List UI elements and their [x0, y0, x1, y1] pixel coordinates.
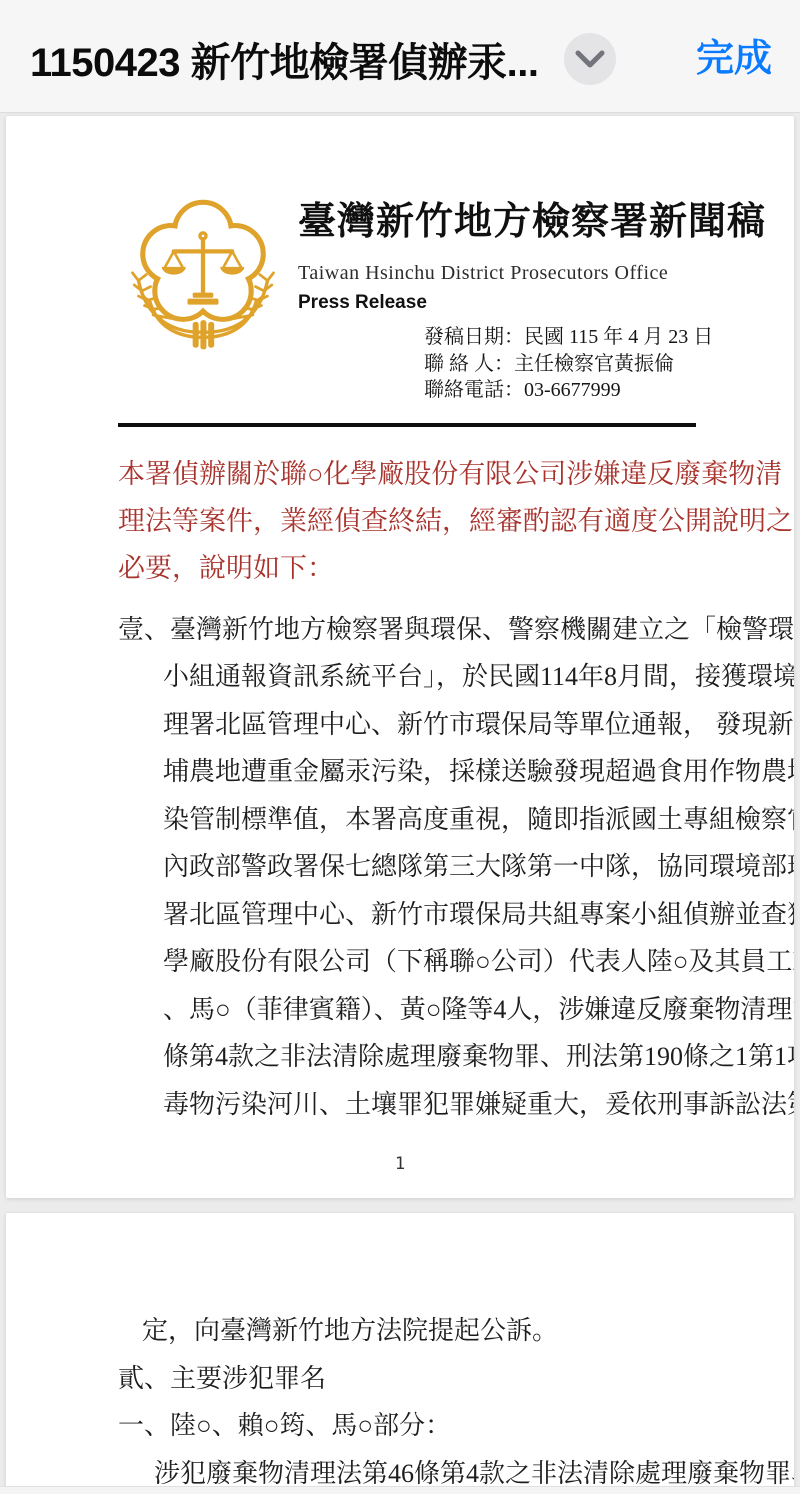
doc-line: 理署北區管理中心、新竹市環保局等單位通報， 發現新竹市九甲: [118, 701, 794, 749]
body-paragraph-2: 定，向臺灣新竹地方法院提起公訴。 貳、主要涉犯罪名 一、陸○、賴○筠、馬○部分：…: [118, 1213, 794, 1492]
prosecutors-office-emblem-icon: [116, 186, 290, 358]
meta-date: 發稿日期：民國 115 年 4 月 23 日: [424, 324, 766, 351]
summary-line: 理法等案件，業經偵查終結，經審酌認有適度公開說明之: [118, 498, 794, 545]
doc-line: 染管制標準值，本署高度重視，隨即指派國土專組檢察官，指揮: [118, 796, 794, 844]
doc-line: 埔農地遭重金屬汞污染，採樣送驗發現超過食用作物農地土壤汙: [118, 748, 794, 796]
summary-line: 必要，說明如下：: [118, 545, 794, 592]
bottom-toolbar-edge: [0, 1486, 800, 1494]
collapse-title-button[interactable]: [564, 33, 616, 85]
body-paragraph-1: 壹、臺灣新竹地方檢察署與環保、警察機關建立之「檢警環聯合查緝 小組通報資訊系統平…: [118, 606, 794, 1129]
doc-line: 一、陸○、賴○筠、馬○部分：: [118, 1402, 794, 1450]
meta-phone: 聯絡電話：03-6677999: [424, 377, 766, 404]
doc-line: 內政部警政署保七總隊第三大隊第一中隊，協同環境部環境管理: [118, 843, 794, 891]
doc-line: 貳、主要涉犯罪名: [118, 1355, 794, 1403]
preview-titlebar: 1150423 新竹地檢署偵辦汞... 完成: [0, 0, 800, 113]
press-release-header: 臺灣新竹地方檢察署新聞稿 Taiwan Hsinchu District Pro…: [116, 186, 794, 404]
doc-line: 定，向臺灣新竹地方法院提起公訴。: [118, 1307, 794, 1355]
document-page-1: 臺灣新竹地方檢察署新聞稿 Taiwan Hsinchu District Pro…: [6, 116, 794, 1198]
doc-line: 學廠股份有限公司（下稱聯○公司）代表人陸○及其員工賴○筠: [118, 938, 794, 986]
press-release-label: Press Release: [298, 292, 766, 314]
summary-paragraph: 本署偵辦關於聯○化學廠股份有限公司涉嫌違反廢棄物清 理法等案件，業經偵查終結，經…: [118, 451, 794, 592]
doc-line: 署北區管理中心、新竹市環保局共組專案小組偵辦並查獲聯○化: [118, 891, 794, 939]
meta-contact: 聯 絡 人：主任檢察官黃振倫: [424, 351, 766, 378]
document-scroll-area[interactable]: 臺灣新竹地方檢察署新聞稿 Taiwan Hsinchu District Pro…: [0, 113, 800, 1492]
page-number: 1: [6, 1154, 794, 1174]
document-page-2: 定，向臺灣新竹地方法院提起公訴。 貳、主要涉犯罪名 一、陸○、賴○筠、馬○部分：…: [6, 1213, 794, 1492]
summary-line: 本署偵辦關於聯○化學廠股份有限公司涉嫌違反廢棄物清: [118, 451, 794, 498]
press-meta: 發稿日期：民國 115 年 4 月 23 日 聯 絡 人：主任檢察官黃振倫 聯絡…: [424, 324, 766, 404]
document-title: 1150423 新竹地檢署偵辦汞...: [30, 31, 538, 88]
doc-line: 毒物污染河川、土壤罪犯罪嫌疑重大，爰依刑事訴訟法第251條規: [118, 1081, 794, 1129]
org-title: 臺灣新竹地方檢察署新聞稿: [298, 190, 766, 245]
done-button[interactable]: 完成: [696, 40, 772, 78]
doc-line: 小組通報資訊系統平台」，於民國114年8月間，接獲環境部環境管: [118, 653, 794, 701]
doc-line: 、馬○（菲律賓籍）、黃○隆等4人，涉嫌違反廢棄物清理法第46: [118, 986, 794, 1034]
doc-line: 條第4款之非法清除處理廢棄物罪、刑法第190條之1第1項之放流: [118, 1033, 794, 1081]
org-title-english: Taiwan Hsinchu District Prosecutors Offi…: [298, 262, 766, 285]
chevron-down-icon: [575, 50, 605, 69]
header-text-block: 臺灣新竹地方檢察署新聞稿 Taiwan Hsinchu District Pro…: [298, 186, 766, 404]
doc-line: 壹、臺灣新竹地方檢察署與環保、警察機關建立之「檢警環聯合查緝: [118, 606, 794, 654]
header-divider-rule: [118, 423, 696, 427]
